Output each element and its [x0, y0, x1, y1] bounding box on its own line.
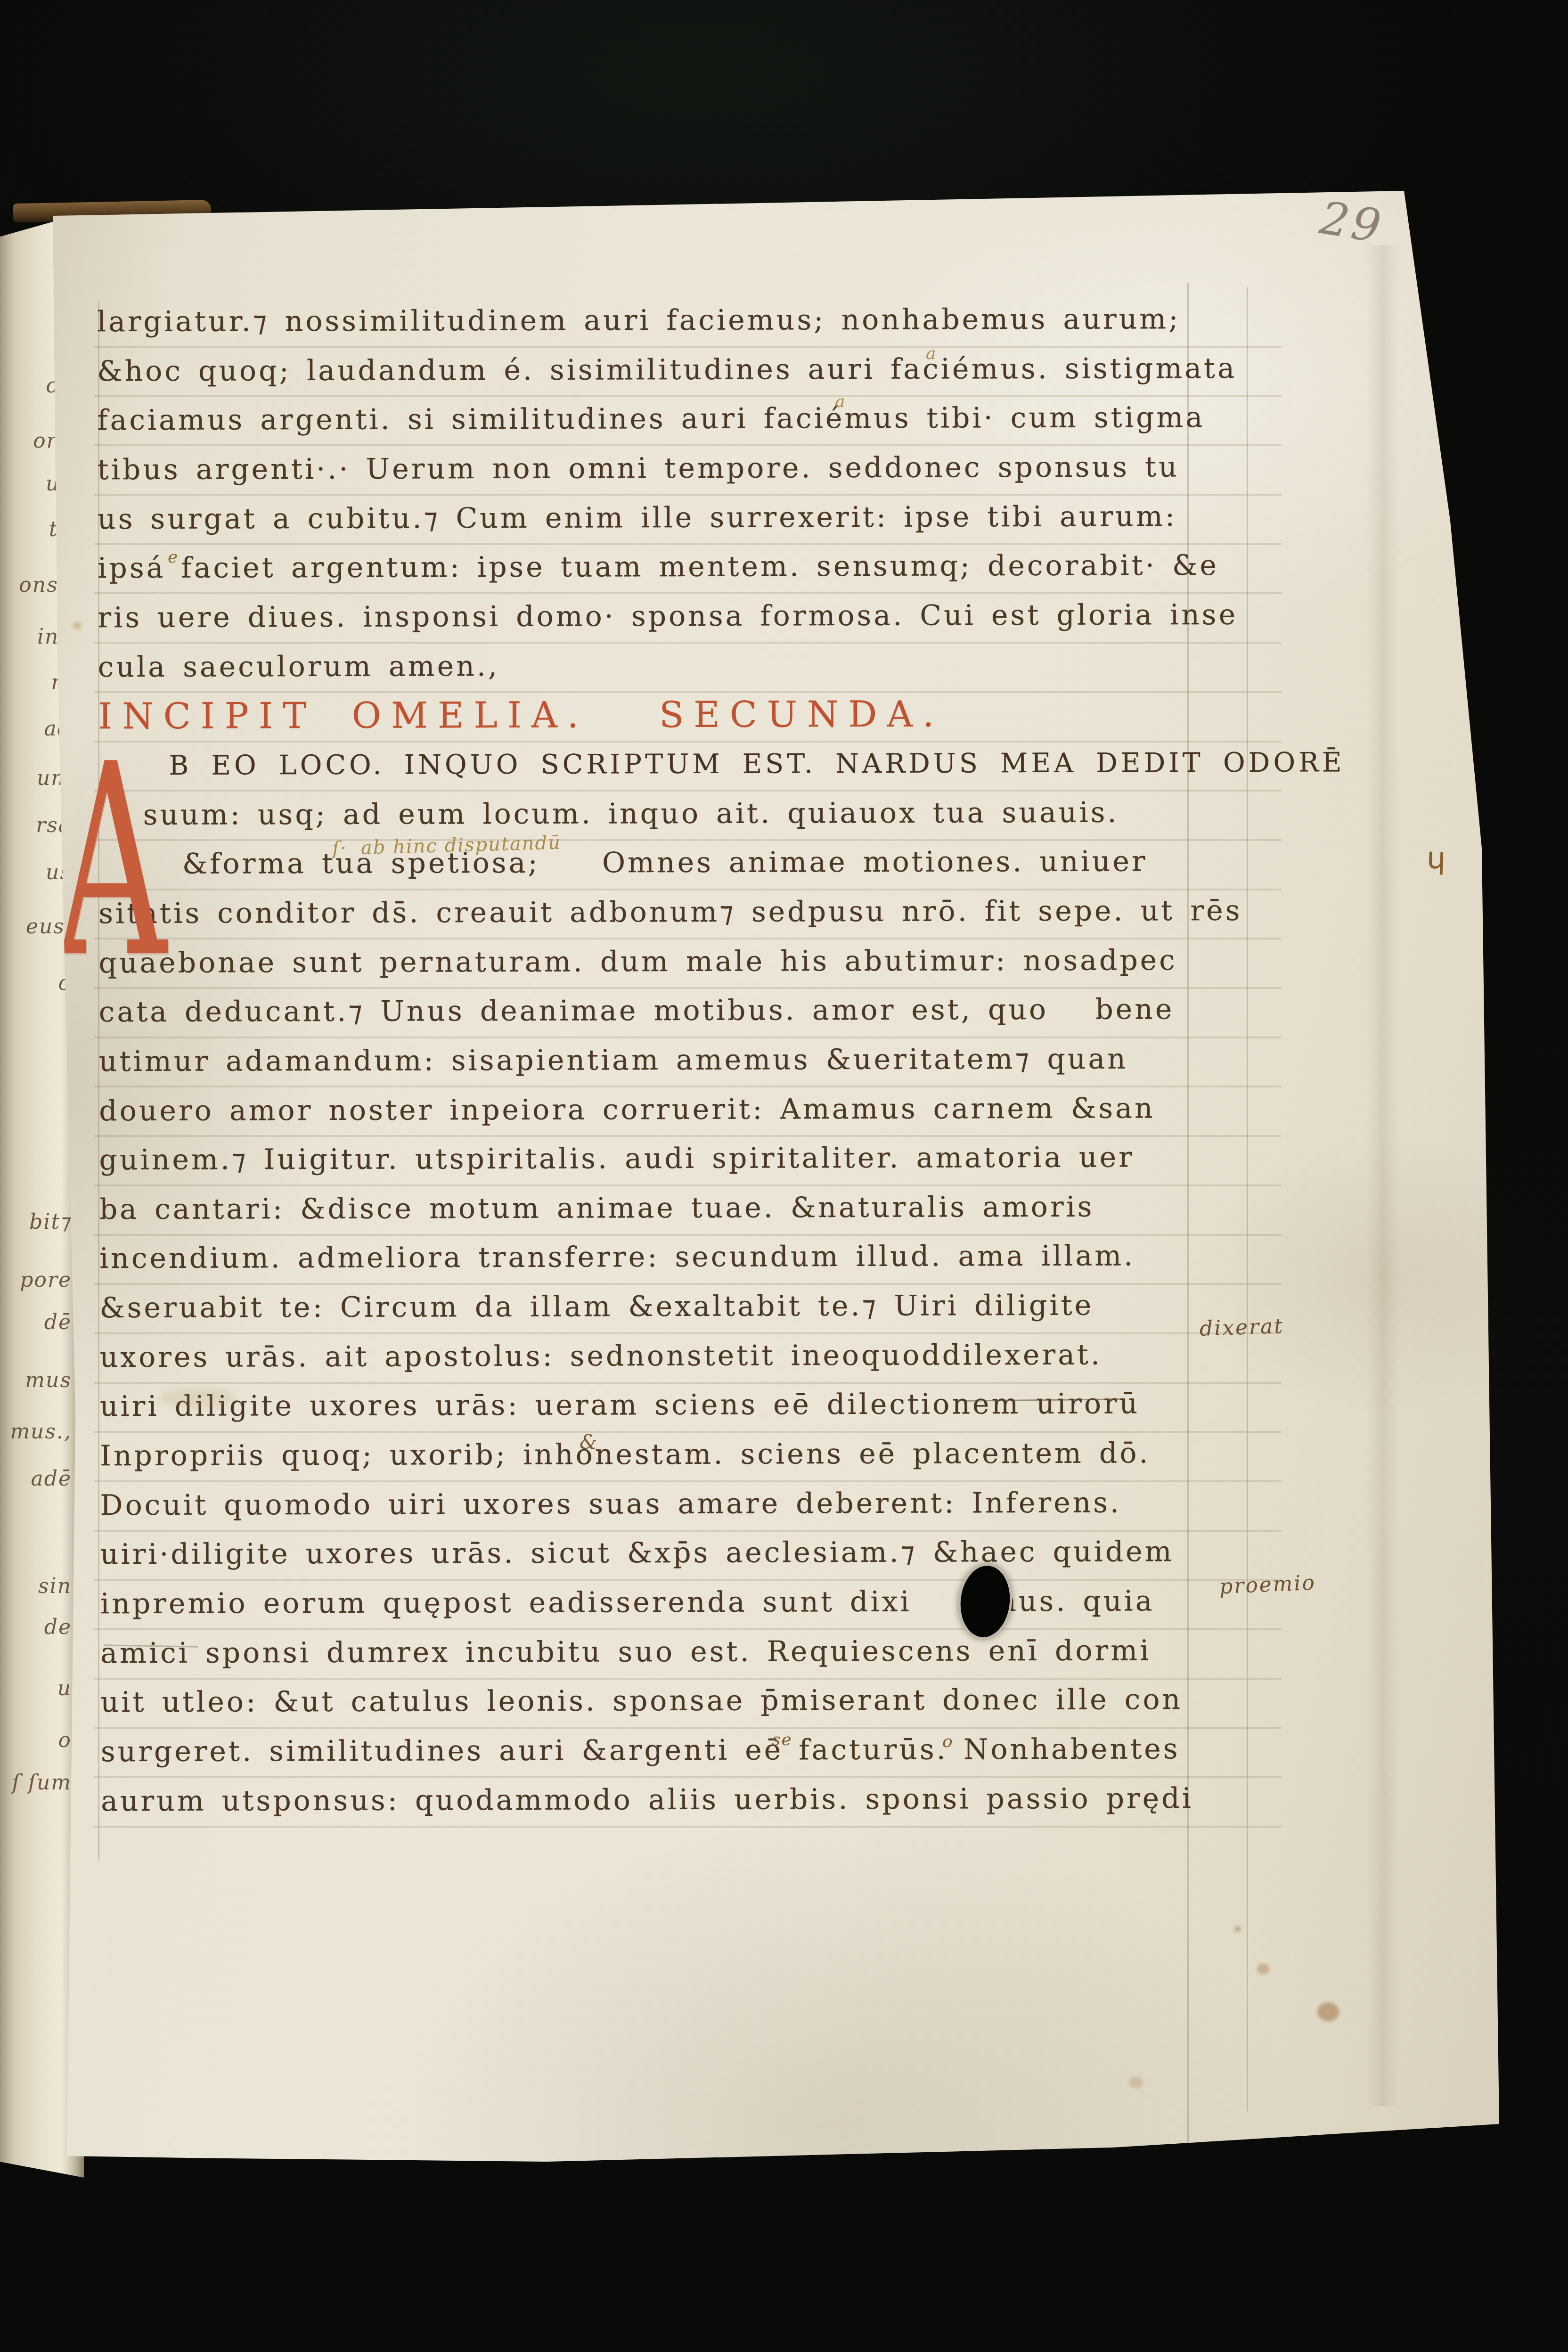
- text-line: utimur adamandum: sisapientiam amemus &u…: [99, 1034, 1277, 1086]
- text-line: amici sponsi dumrex incubitu suo est. Re…: [100, 1625, 1278, 1678]
- margin-note-proemio: proemio: [1219, 1571, 1316, 1599]
- text-line: cata deducant.⁊ Unus deanimae motibus. a…: [99, 985, 1277, 1037]
- parchment-crease: [1366, 245, 1399, 2106]
- stain-faint: [1129, 2077, 1143, 2088]
- superscript-se: se: [772, 1730, 792, 1749]
- text-line: guinem.⁊ Iuigitur. utspiritalis. audi sp…: [99, 1133, 1277, 1185]
- text-line: ris uere diues. insponsi domo· sponsa fo…: [98, 590, 1275, 643]
- edge-text-fragment: sin: [38, 1576, 72, 1597]
- text-line: quaebonae sunt pernaturam. dum male his …: [98, 935, 1276, 988]
- stain-margin-speck: [73, 622, 82, 629]
- edge-text-fragment: adē: [31, 1469, 72, 1489]
- text-line: faciamus argenti. si similitudines auri …: [97, 393, 1275, 445]
- stain-large: [1317, 2002, 1339, 2021]
- text-line: suum: usq; ad eum locum. inquo ait. quia…: [98, 787, 1276, 840]
- edge-text-fragment: mus: [25, 1370, 72, 1391]
- parchment-page: 29 largiatur.⁊ nossimilitudinem auri fac…: [28, 188, 1503, 2165]
- text-line: inpremio eorum quępost eadisserenda sunt…: [100, 1576, 1278, 1629]
- superscript-e-icon: e: [168, 547, 179, 567]
- text-line: &forma tua spetiosa; Omnes animae motion…: [98, 837, 1276, 889]
- text-line: uit utleo: &ut catulus leonis. sponsae p…: [100, 1675, 1278, 1727]
- text-block: largiatur.⁊ nossimilitudinem auri faciem…: [97, 294, 1279, 1826]
- stain-speck: [1234, 1926, 1241, 1932]
- manuscript-photo: ceorūustaonsaincmadumrsauseus'obit⁊pored…: [0, 0, 1568, 2352]
- edge-text-fragment: dē: [44, 1312, 72, 1333]
- text-line: tibus argenti·.· Uerum non omni tempore.…: [98, 442, 1275, 495]
- text-line: Inpropriis quoq; uxorib; inhonestam. sci…: [100, 1429, 1278, 1481]
- text-line: Docuit quomodo uiri uxores suas amare de…: [100, 1478, 1278, 1530]
- superscript-ampersand: &: [580, 1430, 598, 1454]
- text-line: &hoc quoq; laudandum é. sisimilitudines …: [97, 343, 1275, 396]
- edge-text-fragment: o: [58, 1730, 72, 1751]
- text-line: ipsá faciet argentum: ipse tuam mentem. …: [98, 541, 1275, 593]
- text-line: douero amor noster inpeiora corruerit: A…: [99, 1083, 1277, 1135]
- text-line: sitatis conditor ds̄. creauit adbonum⁊ s…: [98, 886, 1276, 939]
- incipit-capitals-line: B EO LOCO. INQUO SCRIPTUM EST. NARDUS ME…: [98, 738, 1276, 791]
- folio-number: 29: [1316, 191, 1387, 253]
- edge-text-fragment: mus.,: [10, 1421, 72, 1442]
- edge-text-fragment: u: [57, 1678, 72, 1699]
- text-line: surgeret. similitudines auri &argenti eē…: [101, 1724, 1279, 1777]
- initial-letter-A: A: [56, 729, 166, 994]
- text-line: incendium. admeliora transferre: secundu…: [99, 1231, 1277, 1283]
- superscript-a-icon: a: [926, 344, 937, 363]
- text-line: uiri diligite uxores urās: ueram sciens …: [100, 1379, 1278, 1431]
- edge-text-fragment: pore: [20, 1270, 72, 1290]
- edge-text-fragment: de: [44, 1617, 72, 1638]
- offset-smudge: [160, 1388, 236, 1408]
- edge-text-fragment: ſ ſum: [12, 1772, 72, 1793]
- superscript-a2-icon: a: [835, 392, 846, 411]
- text-line: &seruabit te: Circum da illam &exaltabit…: [99, 1281, 1277, 1333]
- text-line: us surgat a cubitu.⁊ Cum enim ille surre…: [98, 491, 1275, 544]
- text-line: ba cantari: &disce motum animae tuae. &n…: [99, 1182, 1277, 1234]
- text-line: aurum utsponsus: quodammodo aliis uerbis…: [101, 1773, 1279, 1826]
- stain-small: [1257, 1964, 1269, 1974]
- quire-mark: ɥ: [1426, 841, 1446, 876]
- rubric-heading: INCIPIT OMELIA. SECUNDA.: [98, 689, 1276, 741]
- text-line: uiri·diligite uxores urās. sicut &xp̄s a…: [100, 1527, 1278, 1579]
- superscript-o: o: [942, 1732, 954, 1751]
- text-line: uxores urās. ait apostolus: sednonstetit…: [100, 1330, 1278, 1382]
- text-line: cula saeculorum amen.,: [98, 639, 1276, 692]
- text-line: largiatur.⁊ nossimilitudinem auri faciem…: [97, 294, 1275, 347]
- edge-text-fragment: bit⁊: [29, 1212, 72, 1233]
- margin-note-dixerat: dixerat: [1199, 1314, 1284, 1341]
